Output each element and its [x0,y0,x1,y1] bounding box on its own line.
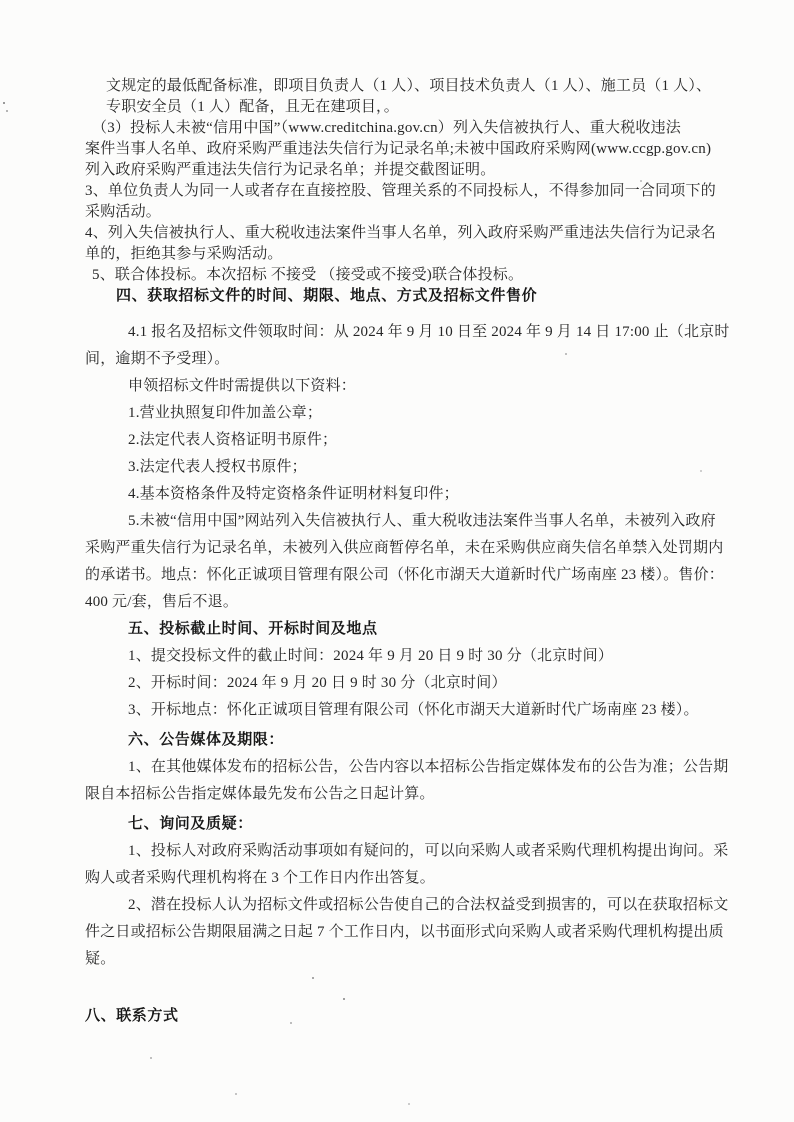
text-line: 400 元/套，售后不退。 [85,589,745,616]
text-line: 3、开标地点：怀化正诚项目管理有限公司（怀化市湖天大道新时代广场南座 23 楼）… [85,697,745,724]
text-line: 购人或者采购代理机构将在 3 个工作日内作出答复。 [85,865,745,892]
text-line: 2、潜在投标人认为招标文件或招标公告使自己的合法权益受到损害的，可以在获取招标文 [85,892,745,919]
section-heading: 八、联系方式 [85,1003,745,1030]
text-line: 4.基本资格条件及特定资格条件证明材料复印件； [85,481,745,508]
text-line: 限自本招标公告指定媒体最先发布公告之日起计算。 [85,781,745,808]
text-line: 申领招标文件时需提供以下资料： [85,373,745,400]
text-line: 5、联合体投标。本次招标 不接受 （接受或不接受)联合体投标。 [85,265,745,286]
text-line: 2.法定代表人资格证明书原件； [85,427,745,454]
text-line: 件之日或招标公告期限届满之日起 7 个工作日内，以书面形式向采购人或者采购代理机… [85,919,745,946]
scanned-document-page: 文规定的最低配备标准，即项目负责人（1 人）、项目技术负责人（1 人）、施工员（… [0,0,794,1122]
text-line: 采购活动。 [85,202,745,223]
text-line: 案件当事人名单、政府采购严重违法失信行为记录名单;未被中国政府采购网(www.c… [85,139,745,160]
scan-noise-speckles [0,0,2,2]
text-line: 1、提交投标文件的截止时间：2024 年 9 月 20 日 9 时 30 分（北… [85,643,745,670]
section-heading: 六、公告媒体及期限： [85,727,745,754]
text-line: 3、单位负责人为同一人或者存在直接控股、管理关系的不同投标人，不得参加同一合同项… [85,181,745,202]
text-line: 间，逾期不予受理）。 [85,346,745,373]
text-line: 5.未被“信用中国”网站列入失信被执行人、重大税收违法案件当事人名单，未被列入政… [85,508,745,535]
section-heading: 四、获取招标文件的时间、期限、地点、方式及招标文件售价 [85,286,745,307]
document-body: 文规定的最低配备标准，即项目负责人（1 人）、项目技术负责人（1 人）、施工员（… [85,76,745,1030]
section-heading: 五、投标截止时间、开标时间及地点 [85,616,745,643]
text-line: 4、列入失信被执行人、重大税收违法案件当事人名单，列入政府采购严重违法失信行为记… [85,223,745,244]
text-line: 3.法定代表人授权书原件； [85,454,745,481]
text-line: 列入政府采购严重违法失信行为记录名单；并提交截图证明。 [85,160,745,181]
text-line: 1、在其他媒体发布的招标公告，公告内容以本招标公告指定媒体发布的公告为准；公告期 [85,754,745,781]
section-heading: 七、询问及质疑： [85,811,745,838]
text-line: （3）投标人未被“信用中国”（www.creditchina.gov.cn）列入… [85,118,745,139]
text-line: 疑。 [85,946,745,973]
text-line: 采购严重失信行为记录名单，未被列入供应商暂停名单，未在采购供应商失信名单禁入处罚… [85,535,745,562]
text-line: 的承诺书。地点：怀化正诚项目管理有限公司（怀化市湖天大道新时代广场南座 23 楼… [85,562,745,589]
text-line: 1.营业执照复印件加盖公章； [85,400,745,427]
text-line: 文规定的最低配备标准，即项目负责人（1 人）、项目技术负责人（1 人）、施工员（… [85,76,745,97]
text-line: 2、开标时间：2024 年 9 月 20 日 9 时 30 分（北京时间） [85,670,745,697]
text-line: 1、投标人对政府采购活动事项如有疑问的，可以向采购人或者采购代理机构提出询问。采 [85,838,745,865]
text-line: 专职安全员（1 人）配备，且无在建项目，。 [85,97,745,118]
text-line: 单的，拒绝其参与采购活动。 [85,244,745,265]
text-line: 4.1 报名及招标文件领取时间：从 2024 年 9 月 10 日至 2024 … [85,319,745,346]
